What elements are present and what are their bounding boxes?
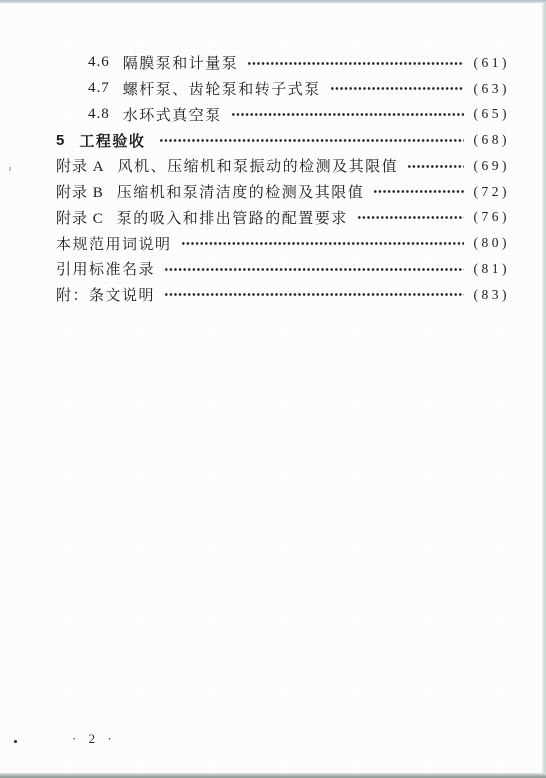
scan-artifact-dot [14, 740, 17, 743]
toc-entry-label: 本规范用词说明 [56, 233, 172, 254]
toc-entry: 4.7 螺杆泵、齿轮泵和转子式泵 (63) [88, 76, 510, 102]
dot-leader [357, 205, 464, 231]
toc-entry-page: (61) [474, 55, 511, 71]
toc-entry-page: (80) [474, 235, 511, 251]
toc-entry-label: 压缩机和泵清洁度的检测及其限值 [117, 181, 365, 202]
toc-entry: 5 工程验收 (68) [56, 127, 510, 153]
scan-artifact-mark [9, 167, 11, 171]
toc-entry: 引用标准名录 (81) [56, 256, 510, 282]
toc-entry-number: 4.6 [88, 54, 110, 71]
toc-entry: 本规范用词说明 (80) [56, 230, 510, 256]
toc-entry-label: 引用标准名录 [56, 258, 155, 279]
toc-entry: 附录 B 压缩机和泵清洁度的检测及其限值 (72) [56, 179, 510, 205]
dot-leader [164, 256, 463, 282]
toc-entry-label: 螺杆泵、齿轮泵和转子式泵 [123, 78, 321, 99]
scan-edge-top [0, 0, 546, 3]
document-page: 4.6 隔膜泵和计量泵 (61) 4.7 螺杆泵、齿轮泵和转子式泵 (63) 4… [0, 0, 546, 778]
toc-entry-page: (83) [474, 287, 511, 303]
dot-leader [247, 50, 463, 76]
dot-leader [330, 76, 464, 102]
toc-entry-number: 4.7 [88, 80, 110, 97]
toc-entry-page: (63) [474, 81, 511, 97]
scan-edge-right [542, 2, 546, 778]
toc-entry-label: 工程验收 [79, 130, 145, 151]
toc-entry-label: 风机、压缩机和泵振动的检测及其限值 [118, 155, 399, 176]
toc-entry: 附：条文说明 (83) [56, 282, 510, 308]
toc-entry-page: (69) [474, 158, 511, 174]
toc-entry-page: (65) [474, 106, 511, 122]
toc-entry-number: 5 [56, 132, 65, 149]
toc-entry-number: 附录 B [56, 181, 104, 202]
toc-entry-label: 附：条文说明 [56, 284, 155, 305]
dot-leader [164, 282, 463, 308]
toc-entry-label: 隔膜泵和计量泵 [123, 52, 239, 73]
toc-entry-label: 泵的吸入和排出管路的配置要求 [117, 207, 348, 228]
dot-leader [373, 179, 463, 205]
dot-leader [231, 102, 464, 128]
toc-entry-number: 4.8 [88, 106, 110, 123]
toc-entry-page: (72) [474, 184, 511, 200]
toc-entry-number: 附录 A [56, 155, 105, 176]
dot-leader [159, 127, 463, 153]
dot-leader [407, 153, 463, 179]
toc-entry-label: 水环式真空泵 [123, 104, 222, 125]
toc-entry-number: 附录 C [56, 207, 104, 228]
toc-entry: 4.6 隔膜泵和计量泵 (61) [88, 50, 510, 76]
dot-leader [181, 230, 464, 256]
toc-entry-page: (76) [474, 209, 511, 225]
toc-entry: 4.8 水环式真空泵 (65) [88, 102, 510, 128]
toc-entry: 附录 C 泵的吸入和排出管路的配置要求 (76) [56, 205, 510, 231]
toc-entry: 附录 A 风机、压缩机和泵振动的检测及其限值 (69) [56, 153, 510, 179]
scan-edge-bottom [0, 773, 546, 778]
toc-entry-page: (81) [474, 261, 511, 277]
toc-entry-page: (68) [474, 132, 511, 148]
page-footer-number: · 2 · [72, 731, 113, 747]
table-of-contents: 4.6 隔膜泵和计量泵 (61) 4.7 螺杆泵、齿轮泵和转子式泵 (63) 4… [56, 50, 510, 308]
